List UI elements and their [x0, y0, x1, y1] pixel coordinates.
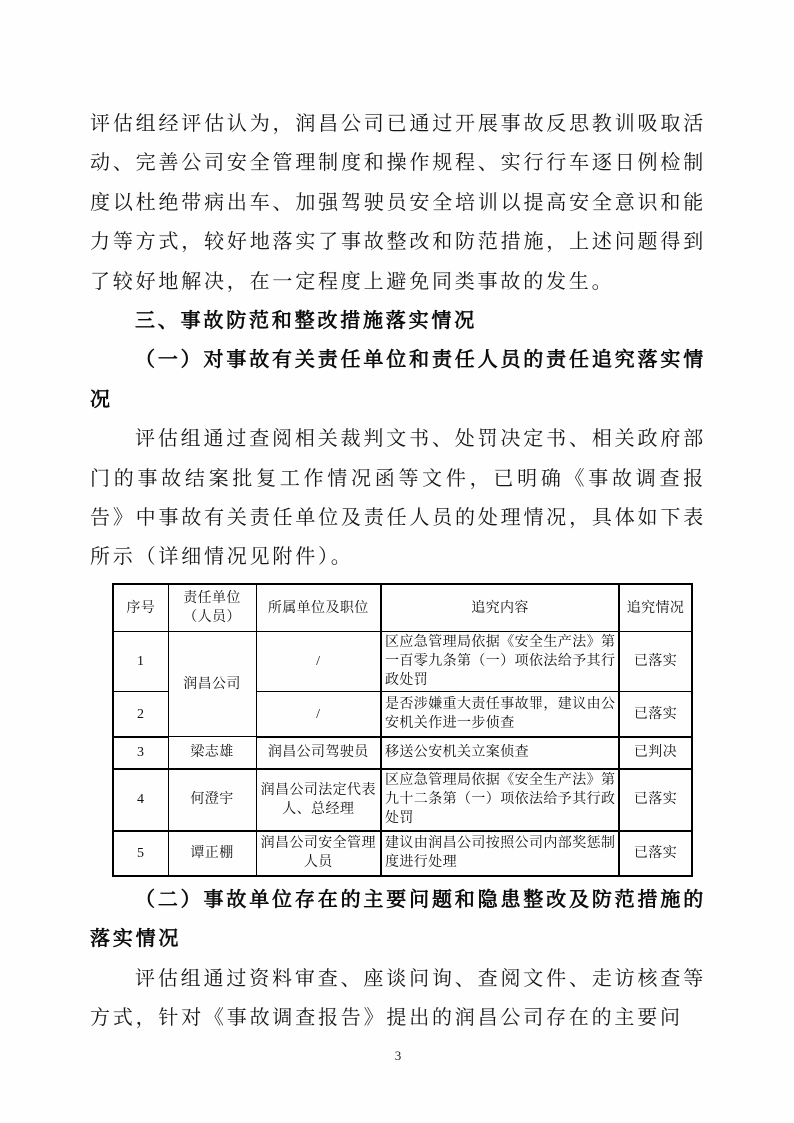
cell-unit: 何澄宇	[168, 769, 256, 831]
header-所属单位及职位: 所属单位及职位	[256, 584, 381, 632]
header-追究情况: 追究情况	[619, 584, 692, 632]
section-heading-3: 三、事故防范和整改措施落实情况	[90, 302, 706, 341]
cell-position: 润昌公司安全管理人员	[256, 831, 381, 876]
table-row: 1 润昌公司 / 区应急管理局依据《安全生产法》第一百零九条第（一）项依法给予其…	[113, 632, 692, 692]
cell-status: 已落实	[619, 769, 692, 831]
cell-content: 区应急管理局依据《安全生产法》第一百零九条第（一）项依法给予其行政处罚	[381, 632, 619, 692]
cell-no: 4	[113, 769, 168, 831]
accountability-table: 序号 责任单位 （人员） 所属单位及职位 追究内容 追究情况 1 润昌公司 / …	[112, 583, 693, 877]
cell-content: 是否涉嫌重大责任事故罪，建议由公安机关作进一步侦查	[381, 692, 619, 737]
cell-no: 2	[113, 692, 168, 737]
table-row: 5 谭正棚 润昌公司安全管理人员 建议由润昌公司按照公司内部奖惩制度进行处理 已…	[113, 831, 692, 876]
cell-status: 已落实	[619, 632, 692, 692]
cell-unit: 润昌公司	[168, 632, 256, 737]
cell-content: 移送公安机关立案侦查	[381, 737, 619, 769]
page-number: 3	[90, 1047, 706, 1065]
cell-unit: 梁志雄	[168, 737, 256, 769]
cell-no: 1	[113, 632, 168, 692]
cell-status: 已落实	[619, 831, 692, 876]
cell-no: 5	[113, 831, 168, 876]
cell-content: 区应急管理局依据《安全生产法》第九十二条第（一）项依法给予其行政处罚	[381, 769, 619, 831]
paragraph-problems-intro: 评估组通过资料审查、座谈问询、查阅文件、走访核查等方式，针对《事故调查报告》提出…	[90, 960, 706, 1039]
header-追究内容: 追究内容	[381, 584, 619, 632]
cell-status: 已落实	[619, 692, 692, 737]
paragraph-evaluation-conclusion: 评估组经评估认为，润昌公司已通过开展事故反思教训吸取活动、完善公司安全管理制度和…	[90, 105, 706, 302]
cell-position: /	[256, 632, 381, 692]
cell-position: 润昌公司法定代表人、总经理	[256, 769, 381, 831]
cell-no: 3	[113, 737, 168, 769]
table-header-row: 序号 责任单位 （人员） 所属单位及职位 追究内容 追究情况	[113, 584, 692, 632]
header-序号: 序号	[113, 584, 168, 632]
subsection-heading-3-1: （一）对事故有关责任单位和责任人员的责任追究落实情况	[90, 341, 706, 420]
cell-status: 已判决	[619, 737, 692, 769]
paragraph-accountability-intro: 评估组通过查阅相关裁判文书、处罚决定书、相关政府部门的事故结案批复工作情况函等文…	[90, 420, 706, 578]
cell-content: 建议由润昌公司按照公司内部奖惩制度进行处理	[381, 831, 619, 876]
table-row: 3 梁志雄 润昌公司驾驶员 移送公安机关立案侦查 已判决	[113, 737, 692, 769]
document-page: 评估组经评估认为，润昌公司已通过开展事故反思教训吸取活动、完善公司安全管理制度和…	[90, 0, 706, 1065]
cell-unit: 谭正棚	[168, 831, 256, 876]
header-责任单位人员: 责任单位 （人员）	[168, 584, 256, 632]
subsection-heading-3-2: （二）事故单位存在的主要问题和隐患整改及防范措施的落实情况	[90, 881, 706, 960]
table-row: 4 何澄宇 润昌公司法定代表人、总经理 区应急管理局依据《安全生产法》第九十二条…	[113, 769, 692, 831]
cell-position: 润昌公司驾驶员	[256, 737, 381, 769]
cell-position: /	[256, 692, 381, 737]
